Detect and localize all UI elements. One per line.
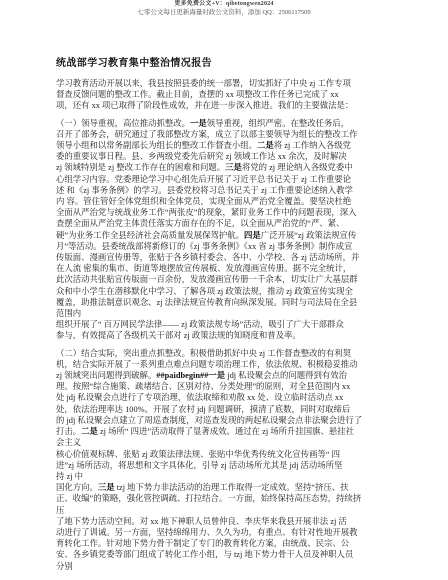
text-segment: 育转化工作。针对地下势力骨干制定了专门的教育转化方案，由统战、民宗、公 xyxy=(56,539,349,548)
text-line: 动进行了训诫。另一方面，坚持绵绵用力、久久为功，有重点、有针对性地开展教 xyxy=(56,527,400,538)
bold-text-segment: 一是 xyxy=(190,119,207,128)
text-line: 安、各乡镇党委等部门组成了转化工作小组，与 tzj 地下势力骨干人员及神职人员 xyxy=(56,549,400,560)
text-line: 育转化工作。针对地下势力骨干制定了专门的教育转化方案，由统战、民宗、公 xyxy=(56,538,400,549)
doc-paragraphs: 学习教育活动开展以来，我县按照县委的统一部署，切实抓好了中央 zj 工作专项督查… xyxy=(56,78,400,572)
text-line: 领导小组和以常务副部长为组长的整改工作督查小组。二是将 zj 工作纳入各级党 xyxy=(56,140,400,151)
text-line: 查摆全面从严治党主体责任落实方面存在的不足，以全面从严治党的“严、紧、 xyxy=(56,218,400,229)
text-line: 述 和《zj 事务条例》的学习。县委党校将习总书记关于 zj 工作重要论述纳入教… xyxy=(56,185,400,196)
text-line: 分别 xyxy=(56,561,400,572)
text-line: 处 jdj 私设聚会点进行了专项治理，依法取缔和劝散 xx 处、设立临时活动点 … xyxy=(56,392,400,403)
text-segment: 参与，有效提高了各级机关干部对 zj 政策法规的知晓度和普及率。 xyxy=(56,331,301,340)
text-line: 参与，有效提高了各级机关干部对 zj 政策法规的知晓度和普及率。 xyxy=(56,330,400,341)
text-segment: 组织开展了“ 百万网民学法律—— zj 政策法规专场”活动，吸引了广大干部群众 xyxy=(56,320,344,329)
document-page: 更多免费公文+V：qibetongwen2024 七零公文每日更新海量时政公文资… xyxy=(0,0,448,580)
text-segment: 覆盖，助推法制意识观念、zj 法律法规宣传教育向纵深发展。同时与司法局在全县 xyxy=(56,298,357,307)
text-segment: 动进行了训诫。另一方面，坚持绵绵用力、久久为功，有重点、有针对性地开展教 xyxy=(56,528,358,537)
text-segment: 处，依法治理率达 100%。开展了农村 jdj 问题调研，摸清了底数，同时对取缔… xyxy=(56,405,350,414)
text-segment: 内 容。管住管好全体党组织和全体党员，实现全面从严治党全覆盖。要坚决杜绝 xyxy=(56,197,351,206)
text-segment: zj 场所“ 四进”活动取得了显著成效。通过在 zj 场所升挂国旗、悬挂社 xyxy=(98,427,354,436)
text-line: 处，依法治理率达 100%。开展了农村 jdj 问题调研，摸清了底数，同时对取缔… xyxy=(56,404,400,415)
text-segment: 国化方向。 xyxy=(56,483,98,492)
text-line: 全面从严治党与统战业务工作“两张皮”的现象，紧盯业务工作中的问题表现，深入 xyxy=(56,207,400,218)
text-segment: 项，还有 xx 项已取得了阶段性成效，并在进一步深入推进。我们的主要做法是： xyxy=(56,101,353,110)
text-segment: 在人流 密集的集市、街道等地摆放宣传展板、发放漫画宣传册。据不完全统计， xyxy=(56,264,351,273)
text-line: 了地下势力活动空间。对 xx 地下神职人员曾仲良、李庆华来我县开展非法 zj 活 xyxy=(56,516,400,527)
text-line: zj 领域特别是 zj 整改工作存在的困难和问题。三是将党的 zj 理论纳入各级… xyxy=(56,162,400,173)
text-segment: （二）结合实际，突出重点抓整改。积极借助抓好中央 zj 工作督查整改的有利契 xyxy=(56,349,351,358)
text-segment: 此次活动共张贴宣传版面一百余份，发放漫画宣传册一千余本，切实让广大基层群 xyxy=(56,275,358,284)
text-segment: zj 领域突出问题得到破解。 xyxy=(56,371,156,380)
text-segment: 督查反馈问题的整改工作。截止目前，查摆的 xx 项整改工作任务已完成了 xx xyxy=(56,90,339,99)
text-line: 传版面、漫画宣传册等，张贴于各乡镇村委会、各中、小学校、各 zj 活动场所，并 xyxy=(56,252,400,263)
text-segment: 召开了部务会，研究通过了我部整改方案，成立了以部主要领导为组长的整改工作 xyxy=(56,130,358,139)
text-segment: 分别 xyxy=(56,562,73,571)
text-segment: 众和中小学生在潜移默化中学习、了解各项 zj 政策法规，推动 zj 政策宣传实现… xyxy=(56,287,353,296)
text-segment: 委的重要议事日程。县、乡两级党委先后研究 zj 领域工作达 xx 余次，及时解决 xyxy=(56,152,347,161)
text-segment: 范围内 xyxy=(56,309,81,318)
text-segment: 核心价值观标牌、张贴 zj 政策法律法规、张贴中华优秀传统文化宣传画等“ 四 xyxy=(56,450,340,459)
text-segment: 月”等活动。县委统战部将新修订的《zj 事务条例》《xx 省 zj 事务条例》制… xyxy=(56,242,352,251)
text-segment: 将党的 zj 理论纳入各级党委中 xyxy=(242,163,353,172)
text-line: 委的重要议事日程。县、乡两级党委先后研究 zj 领域工作达 xx 余次，及时解决 xyxy=(56,151,400,162)
text-segment: 述 和《zj 事务条例》的学习。县委党校将习总书记关于 zj 工作重要论述纳入教… xyxy=(56,186,353,195)
paragraph: （一）领导重视，高位推动抓整改。一是领导重视，组织严密。在整改任务后，召开了部务… xyxy=(56,118,400,342)
text-line: 会主义 xyxy=(56,437,400,448)
text-line: 内 容。管住管好全体党组织和全体党员，实现全面从严治党全覆盖。要坚决杜绝 xyxy=(56,196,400,207)
bold-text-segment: 二是 xyxy=(81,427,98,436)
text-line: 国化方向。三是 tzj 地下势力非法活动的治理工作取得一定成效。坚持“挤压、扶 xyxy=(56,482,400,493)
text-segment: tzj 地下势力非法活动的治理工作取得一定成效。坚持“挤压、扶 xyxy=(115,483,349,492)
text-line: zj 领域突出问题得到破解。##paidbegin##一是 jdj 私设聚会点的… xyxy=(56,370,400,381)
text-line: 范围内 xyxy=(56,308,400,319)
text-line: 的 jdj 私设聚会点建立了周巡查制度，对巡查发现的两起私设聚会点非法聚会进行了 xyxy=(56,415,400,426)
text-segment: （一）领导重视，高位推动抓整改。 xyxy=(56,119,190,128)
text-segment: 传版面、漫画宣传册等，张贴于各乡镇村委会、各中、小学校、各 zj 活动场所，并 xyxy=(56,253,359,262)
text-segment: jdj 私设聚会点的问题得到有效治 xyxy=(225,371,347,380)
text-segment: 持 zj 中 xyxy=(56,472,83,481)
text-segment: 机，结合实际开展了一系列重点难点问题专项治理工作，依法依规、积极稳妥推动 xyxy=(56,360,358,369)
text-line: 项，还有 xx 项已取得了阶段性成效，并在进一步深入推进。我们的主要做法是： xyxy=(56,100,400,111)
doc-content: 统战部学习教育集中整治情况报告 学习教育活动开展以来，我县按照县委的统一部署，切… xyxy=(56,54,400,578)
text-line: 正、收编”的策略，强化管控调疏、打拉结合。一方面，始终保持高压态势，持续挤 xyxy=(56,493,400,504)
text-line: 压 xyxy=(56,505,400,516)
text-segment: 打击。 xyxy=(56,427,81,436)
text-segment: 了地下势力活动空间。对 xx 地下神职人员曾仲良、李庆华来我县开展非法 zj 活 xyxy=(56,517,347,526)
text-segment: 理。按照“综合施策、疏堵结合、区别对待、分类处理”的原则，对全县范围内 xx xyxy=(56,382,350,391)
text-segment: 领导重视，组织严密。在整改任务后， xyxy=(207,119,349,128)
bold-text-segment: 二是 xyxy=(257,141,274,150)
text-line: 机，结合实际开展了一系列重点难点问题专项治理工作，依法依规、积极稳妥推动 xyxy=(56,359,400,370)
text-line: 组织开展了“ 百万网民学法律—— zj 政策法规专场”活动，吸引了广大干部群众 xyxy=(56,319,400,330)
text-segment: 硬”为业务工作全县经济社会高质量发展保驾护航。 xyxy=(56,231,244,240)
text-line: 学习教育活动开展以来，我县按照县委的统一部署，切实抓好了中央 zj 工作专项 xyxy=(56,78,400,89)
text-line: 心组学习内容。党委理论学习中心组先后开展了习近平总书记关于 zj 工作重要论 xyxy=(56,174,400,185)
text-segment: 学习教育活动开展以来，我县按照县委的统一部署，切实抓好了中央 zj 工作专项 xyxy=(56,79,351,88)
text-line: 打击。二是 zj 场所“ 四进”活动取得了显著成效。通过在 zj 场所升挂国旗、… xyxy=(56,426,400,437)
text-line: （一）领导重视，高位推动抓整改。一是领导重视，组织严密。在整改任务后， xyxy=(56,118,400,129)
promo-line-2: 七零公文每日更新海量时政公文资料，添加 QQ：2506117509 xyxy=(0,8,448,17)
text-line: 月”等活动。县委统战部将新修订的《zj 事务条例》《xx 省 zj 事务条例》制… xyxy=(56,241,400,252)
text-line: 核心价值观标牌、张贴 zj 政策法律法规、张贴中华优秀传统文化宣传画等“ 四 xyxy=(56,449,400,460)
promo-line-1: 更多免费公文+V：qibetongwen2024 xyxy=(0,0,448,8)
text-line: 进”zj 场所活动，将思想和文字具体化，引导 zj 活动场所尤其是 jdj 活动… xyxy=(56,460,400,471)
promo-header: 更多免费公文+V：qibetongwen2024 七零公文每日更新海量时政公文资… xyxy=(0,0,448,17)
text-segment: 正、收编”的策略，强化管控调疏、打拉结合。一方面，始终保持高压态势，持续挤 xyxy=(56,494,361,503)
text-segment: 会主义 xyxy=(56,438,81,447)
text-segment: 进”zj 场所活动，将思想和文字具体化，引导 zj 活动场所尤其是 jdj 活动… xyxy=(56,461,342,470)
bold-text-segment: 三是 xyxy=(225,163,242,172)
text-line: （二）结合实际，突出重点抓整改。积极借助抓好中央 zj 工作督查整改的有利契 xyxy=(56,348,400,359)
text-line: 此次活动共张贴宣传版面一百余份，发放漫画宣传册一千余本，切实让广大基层群 xyxy=(56,274,400,285)
text-line: 持 zj 中 xyxy=(56,471,400,482)
text-segment: 压 xyxy=(56,506,64,515)
text-segment: 心组学习内容。党委理论学习中心组先后开展了习近平总书记关于 zj 工作重要论 xyxy=(56,175,351,184)
paragraph: 学习教育活动开展以来，我县按照县委的统一部署，切实抓好了中央 zj 工作专项督查… xyxy=(56,78,400,112)
bold-text-segment: 三是 xyxy=(98,483,115,492)
text-line: 理。按照“综合施策、疏堵结合、区别对待、分类处理”的原则，对全县范围内 xx xyxy=(56,381,400,392)
text-segment: 查摆全面从严治党主体责任落实方面存在的不足，以全面从严治党的“严、紧、 xyxy=(56,219,344,228)
text-segment: 处 jdj 私设聚会点进行了专项治理，依法取缔和劝散 xx 处、设立临时活动点 … xyxy=(56,393,343,402)
paragraph: （二）结合实际，突出重点抓整改。积极借助抓好中央 zj 工作督查整改的有利契机，… xyxy=(56,348,400,572)
text-line: 在人流 密集的集市、街道等地摆放宣传展板、发放漫画宣传册。据不完全统计， xyxy=(56,263,400,274)
bold-text-segment: ##paidbegin##一是 xyxy=(156,371,225,380)
text-segment: 安、各乡镇党委等部门组成了转化工作小组，与 tzj 地下势力骨干人员及神职人员 xyxy=(56,550,353,559)
text-line: 召开了部务会，研究通过了我部整改方案，成立了以部主要领导为组长的整改工作 xyxy=(56,129,400,140)
text-segment: zj 领域特别是 zj 整改工作存在的困难和问题。 xyxy=(56,163,225,172)
text-line: 督查反馈问题的整改工作。截止目前，查摆的 xx 项整改工作任务已完成了 xx xyxy=(56,89,400,100)
text-segment: 将 zj 工作纳入各级党 xyxy=(274,141,351,150)
text-line: 覆盖，助推法制意识观念、zj 法律法规宣传教育向纵深发展。同时与司法局在全县 xyxy=(56,297,400,308)
text-line: 硬”为业务工作全县经济社会高质量发展保驾护航。四是广泛开展“zj 政策法规宣传 xyxy=(56,230,400,241)
doc-title: 统战部学习教育集中整治情况报告 xyxy=(56,54,400,69)
text-segment: 的 jdj 私设聚会点建立了周巡查制度，对巡查发现的两起私设聚会点非法聚会进行了 xyxy=(56,416,362,425)
text-line: 众和中小学生在潜移默化中学习、了解各项 zj 政策法规，推动 zj 政策宣传实现… xyxy=(56,286,400,297)
text-segment: 广泛开展“zj 政策法规宣传 xyxy=(261,231,357,240)
text-segment: 全面从严治党与统战业务工作“两张皮”的现象，紧盯业务工作中的问题表现，深入 xyxy=(56,208,357,217)
bold-text-segment: 四是 xyxy=(244,231,261,240)
text-segment: 领导小组和以常务副部长为组长的整改工作督查小组。 xyxy=(56,141,257,150)
